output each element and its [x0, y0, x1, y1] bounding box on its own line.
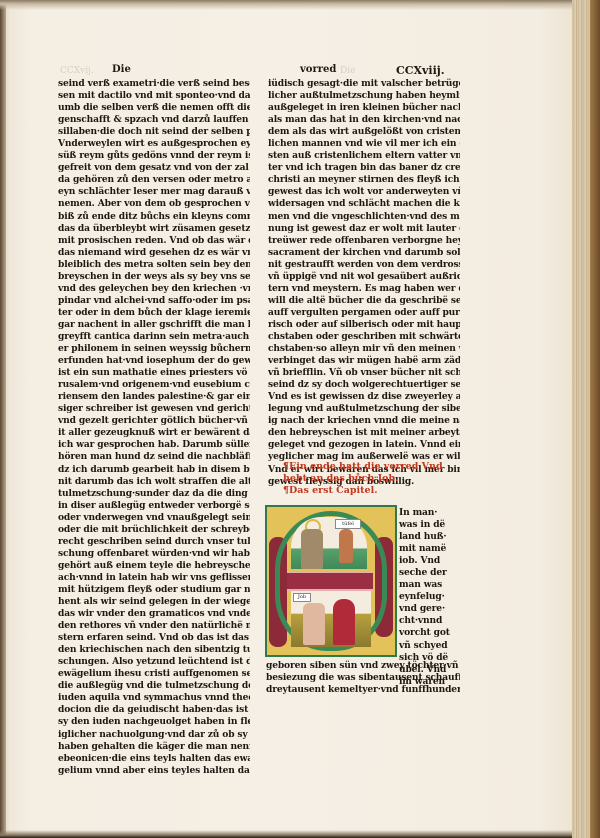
text-line: genschafft & spzach vnd darzů lauffen mi… [58, 114, 250, 126]
text-line: ebeonicen·die eins teyls halten das ewan [58, 753, 250, 765]
text-line: ich war gesprochen hab. Darumb süllend [58, 439, 250, 451]
text-line: iuden aquila vnd symmachus vnnd theo [58, 692, 250, 704]
scroll-label: tüfel [335, 519, 361, 529]
text-line: nit gestraufft werden von dem verdrossen [268, 259, 460, 271]
book-binding [590, 0, 600, 838]
text-line: gelium vnnd aber eins teyles halten das [58, 765, 250, 777]
text-line: nemen. Aber von dem ob gesprochen verß [58, 198, 250, 210]
text-line: vñ schyed [399, 640, 457, 652]
text-line: tern vnd meystern. Es mag haben wer da [268, 283, 460, 295]
text-line: außgeleget in iren kleinen bücher nach d… [268, 102, 460, 114]
text-line: pindar vnd alchei·vnd saffo·oder im psal [58, 295, 250, 307]
gutter-shadow [0, 0, 6, 838]
book-page: CCXvij. Die Die vorred CCXviij. seind ve… [0, 0, 572, 838]
text-line: seche der [399, 567, 457, 579]
text-line: auff vergulten pergamen oder auff purpu· [268, 307, 460, 319]
text-line: iüdisch gesagt·die mit valscher betrügen… [268, 78, 460, 90]
text-line: Vnd es ist gewissen dz dise zweyerley au… [268, 391, 460, 403]
text-line: gefreit von dem gesatz vnd von der zal d… [58, 162, 250, 174]
text-line: breyschen in der weys als sy bey vns sei… [58, 271, 250, 283]
bottom-edge-shadow [0, 830, 572, 838]
text-line: man was [399, 579, 457, 591]
text-line: ¶Das erst Capitel. [283, 485, 463, 497]
text-line: ig nach der kriechen vnnd die meine nach [268, 415, 460, 427]
text-line: cht·vnnd [399, 615, 457, 627]
text-line: land huß· [399, 531, 457, 543]
text-line: besiezung die was sibentausent schauff v… [266, 672, 460, 684]
show-through-text: Die [340, 66, 355, 76]
text-line: er philonem in seinen weyssig bůchern di… [58, 343, 250, 355]
text-line: stern erfaren seind. Vnd ob das ist das … [58, 632, 250, 644]
text-line: nit darumb das ich wolt straffen die alt [58, 476, 250, 488]
text-line: geleget vnd gezogen in latein. Vnnd ein [268, 439, 460, 451]
text-line: men vnd die vngeschlichten·vnd des mei [268, 211, 460, 223]
text-line: it aller gezeugknuß wirt er bewärent das [58, 427, 250, 439]
scroll-label: Job [293, 593, 311, 602]
text-line: vnd gezelt gerichter götlich bücher·vñ m… [58, 415, 250, 427]
text-line: haben gehalten die käger die man nennet [58, 741, 250, 753]
text-line: dreytausent kemeltyer·vnd funffhundert [266, 684, 460, 696]
text-line: sen mit dactilo vnd mit sponteo·vnd dar [58, 90, 250, 102]
text-line: Vnderweylen wirt es außgesprochen eyn [58, 138, 250, 150]
text-line: den hebreyschen ist mit meiner arbeyt au… [268, 427, 460, 439]
text-line: christi an meyner stirnen des fleyß ich … [268, 174, 460, 186]
text-line: bleiblich des metra solten sein bey den … [58, 259, 250, 271]
text-line: eynfelug· [399, 591, 457, 603]
text-line: schung offenbaret würden·vnd wir habë [58, 548, 250, 560]
text-line: ach·vnnd in latein hab wir vns geflissen [58, 572, 250, 584]
text-line: seind dz sy doch wolgerechtuertiger sein… [268, 379, 460, 391]
scene-god-and-devil: tüfel [291, 517, 367, 569]
text-line: ter vnd ich tragen bin das baner dz creü… [268, 162, 460, 174]
text-line: In man· [399, 507, 457, 519]
right-text-column: iüdisch gesagt·die mit valscher betrügen… [268, 78, 460, 488]
text-line: da gehören zů den versen oder metro also… [58, 174, 250, 186]
text-line: die außlegüg vnd die tulmetzschung des [58, 680, 250, 692]
text-line: sacrament der kirchen vnd darumb sol ich [268, 247, 460, 259]
text-line: iob. Vnd [399, 555, 457, 567]
top-edge-shadow [0, 0, 572, 10]
text-line: gewest das ich wolt vor anderweyten vñ [268, 186, 460, 198]
text-line: dz ich darumb gearbeit hab in disem bůch [58, 464, 250, 476]
figure-devil [339, 529, 353, 563]
text-line: ter oder in dem bůch der klage ieremie·v… [58, 307, 250, 319]
text-line: riensem den landes palestine·& gar ein f… [58, 391, 250, 403]
text-line: nung ist gewest daz er wolt mit lauter g… [268, 223, 460, 235]
text-line: chstaben·so alleyn mir vñ den meinen wir… [268, 343, 460, 355]
text-line: erfunden hat·vnd iosephum der do gewest [58, 355, 250, 367]
rubric-heading: ¶Ein ende hatt die vorred Vndhebt an das… [283, 461, 463, 497]
text-line: als man das hat in den kirchen·vnd nach [268, 114, 460, 126]
text-line: den rethores vñ vnder den natürlichë mey… [58, 620, 250, 632]
figure-god [301, 529, 323, 569]
text-line: schungen. Also yetzund leüchtend ist das [58, 656, 250, 668]
text-line: vnd des geleychen bey den kriechen ·vnnd [58, 283, 250, 295]
text-line: hören man hund dz seind die nachbläffer [58, 451, 250, 463]
text-line: seind verß exametri·die verß seind besch… [58, 78, 250, 90]
text-line: hent als wir seind gelegen in der wiegen… [58, 596, 250, 608]
text-line: treüwer rede offenbaren verborgne heylig… [268, 235, 460, 247]
text-line: rusalem·vnd origenem·vnd eusebium cesa [58, 379, 250, 391]
text-line: licher außtulmetzschung haben heymlich [268, 90, 460, 102]
text-line: mit namë [399, 543, 457, 555]
text-line: was in dë [399, 519, 457, 531]
text-line: geboren siben sün vnd zwey töchter·vñ se… [266, 660, 460, 672]
text-line: oder vnderwegen vnd vnaußgelegt seind [58, 512, 250, 524]
text-line: biß zů ende ditz bůchs ein kleyns comma [58, 211, 250, 223]
text-line: iglicher nachuolgung·vnd dar zů ob sy [58, 729, 250, 741]
chapter-text-continued: geboren siben sün vnd zwey töchter·vñ se… [266, 660, 460, 696]
text-line: das niemand wird gesehen dz es wär vn· [58, 247, 250, 259]
text-line: das wir vnder den gramaticos vnd vnder [58, 608, 250, 620]
text-line: widersagen vnd schlächt machen die krü· [268, 198, 460, 210]
text-line: süß reym gůts gedöns vnnd der reym ist [58, 150, 250, 162]
text-line: ist ein sun mathatie eines priesters vö … [58, 367, 250, 379]
text-line: lichen mannen vnd wie vil mer ich ein cr… [268, 138, 460, 150]
left-text-column: seind verß exametri·die verß seind besch… [58, 78, 250, 777]
text-line: legung vnd außtulmetzschung der sibentz/ [268, 403, 460, 415]
initial-crossbar [287, 571, 373, 591]
text-line: vñ üppigë vnd nit wol gesaübert außrich· [268, 271, 460, 283]
text-line: risch oder auf silberisch oder mit haupt… [268, 319, 460, 331]
text-line: ¶Ein ende hatt die vorred Vnd [283, 461, 463, 473]
text-line: mit prosischen reden. Vnd ob das wär das [58, 235, 250, 247]
text-line: verbinget das wir mügen habë arm zädel [268, 355, 460, 367]
figure-job [303, 603, 325, 645]
text-line: oder die mit brüchlichkeit der schreyber… [58, 524, 250, 536]
running-head-center: vorred [300, 64, 336, 75]
text-line: will die altë bücher die da geschribë se… [268, 295, 460, 307]
text-line: vñ briefflin. Vñ ob vnser bücher nit sch… [268, 367, 460, 379]
text-line: ewägelium ihesu cristi auffgenomen seind [58, 668, 250, 680]
text-line: docion die da geiudischt haben·das ist d… [58, 704, 250, 716]
running-head-left: Die [112, 64, 131, 75]
text-line: tulmetzschung·sunder daz da die ding die [58, 488, 250, 500]
text-line: den kriechischen nach den sibentzig tulm… [58, 644, 250, 656]
text-line: chstaben oder geschriben mit schwärten b… [268, 331, 460, 343]
text-line: recht geschriben seind durch vnser tulme… [58, 536, 250, 548]
text-line: sten auß cristenlichem eltern vatter vnd… [268, 150, 460, 162]
text-line: gehört auß einem teyle die hebreyschen s… [58, 560, 250, 572]
text-line: sillaben·die doch nit seind der selben p… [58, 126, 250, 138]
text-line: sy den iuden nachgeuolget haben in fleyß… [58, 716, 250, 728]
folio-number: CCXviij. [396, 64, 445, 77]
text-line: mit hützigem fleyß oder studium gar na· [58, 584, 250, 596]
text-line: greyfft cantica darinn sein metra·auch l… [58, 331, 250, 343]
text-line: vnd gere· [399, 603, 457, 615]
figure-wife [333, 599, 355, 645]
text-line: in diser außlegüg entweder verborgë sein… [58, 500, 250, 512]
text-line: das da überbleybt wirt züsamen gesetzet [58, 223, 250, 235]
text-line: umb die selben verß die nemen offt die e… [58, 102, 250, 114]
illuminated-initial: tüfel Job [265, 505, 397, 657]
text-line: vorcht got [399, 627, 457, 639]
text-line: eyn schlächter leser mer mag darauß ver· [58, 186, 250, 198]
scene-job-and-wife: Job [291, 591, 371, 647]
text-line: gar nachent in aller gschrifft die man h… [58, 319, 250, 331]
text-line: hebt an das bůch Job. [283, 473, 463, 485]
text-line: dem als das wirt außgelößt von cristen/ [268, 126, 460, 138]
show-through-text: CCXvij. [60, 66, 94, 76]
text-line: siger schreiber ist gewesen vnd gericht … [58, 403, 250, 415]
